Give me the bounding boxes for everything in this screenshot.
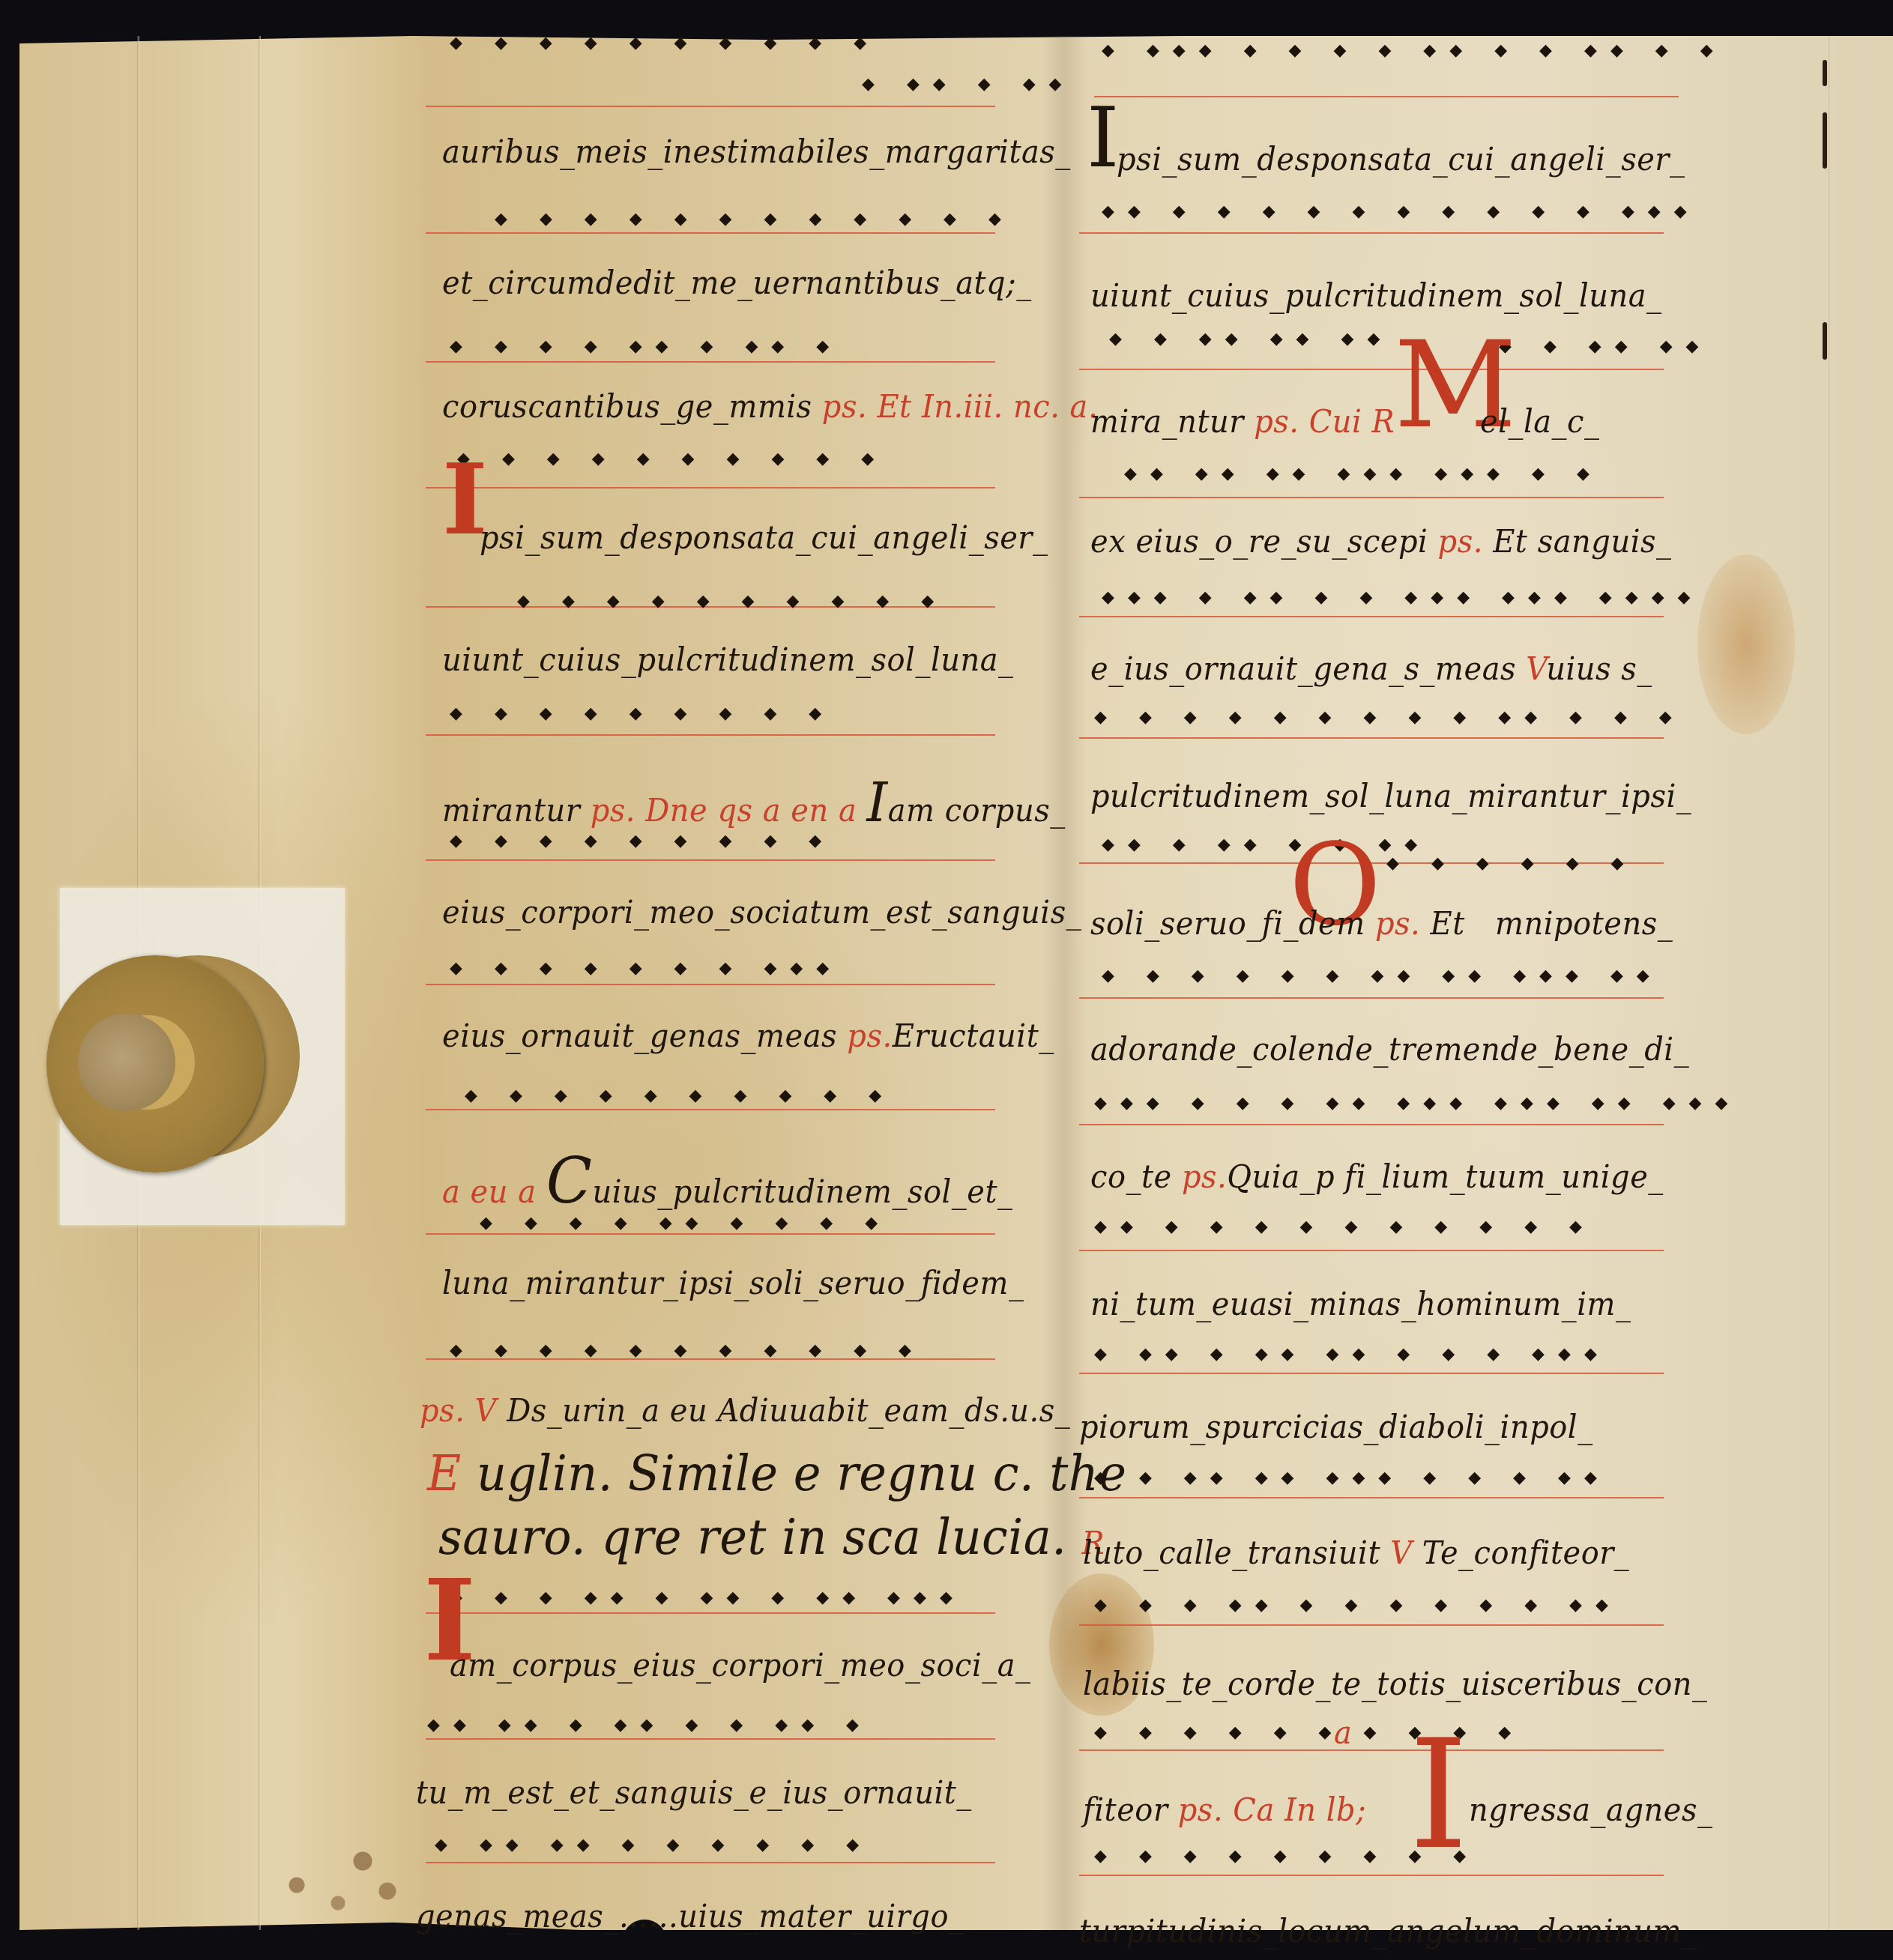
fold-line — [1829, 36, 1831, 1930]
chant-text-line: eius_corpori_meo_sociatum_est_sanguis_ — [442, 895, 1081, 931]
rubric-lucia-line: E uglin. Simile e regnu c. the — [427, 1445, 1126, 1502]
chant-text-line: psi_sum_desponsata_cui_angeli_ser_ — [1117, 142, 1685, 178]
chant-text-line: et_circumdedit_me_uernantibus_atq;_ — [442, 265, 1032, 301]
chant-text-line: mirantur ps. Dne qs a en a Iam corpus_ — [442, 770, 1066, 835]
chant-text-line: fiteor ps. Ca In lb; — [1083, 1792, 1366, 1828]
chant-text-line: ex eius_o_re_su_scepi ps. Et sanguis_ — [1090, 524, 1671, 560]
chant-text-line: ps. V Ds_urin_a eu Adiuuabit_eam_ds.u.s_ — [420, 1393, 1070, 1429]
rubric-lucia-line: sauro. qre ret in sca lucia. R — [438, 1508, 1105, 1566]
chant-text-line: psi_sum_desponsata_cui_angeli_ser_ — [480, 520, 1048, 556]
chant-text-line: mira_ntur ps. Cui R — [1090, 404, 1395, 440]
chant-text-line: el_la_c_ — [1480, 404, 1600, 440]
chant-text-line: labiis_te_corde_te_totis_uisceribus_con_ — [1083, 1666, 1708, 1702]
chant-text-line: genas_meas_......uius_mater_uirgo_ — [416, 1899, 964, 1935]
chant-text-line: uiunt_cuius_pulcritudinem_sol_luna_ — [1090, 278, 1662, 314]
chant-text-line: piorum_spurcicias_diaboli_inpol_ — [1079, 1409, 1593, 1445]
chant-text-line: e_ius_ornauit_gena_s_meas Vuius s_ — [1090, 651, 1652, 687]
chant-text-line: soli_seruo_fi_dem ps. Et — [1090, 906, 1465, 942]
chant-text-line: ni_tum_euasi_minas_hominum_im_ — [1090, 1286, 1631, 1322]
rubric-mark: a — [1334, 1715, 1352, 1751]
chant-text-line: pulcritudinem_sol_luna_mirantur_ipsi_ — [1090, 778, 1691, 814]
chant-text-line: coruscantibus_ge_mmis ps. Et In.iii. nc.… — [442, 389, 1098, 425]
chant-text-line: luto_calle_transiuit V Te_confiteor_ — [1083, 1535, 1629, 1571]
chant-text-line: adorande_colende_tremende_bene_di_ — [1090, 1032, 1689, 1068]
binding-slit — [1823, 60, 1827, 86]
chant-text-line: eius_ornauit_genas_meas ps.Eructauit_ — [442, 1018, 1054, 1054]
chant-text-line: uiunt_cuius_pulcritudinem_sol_luna_ — [442, 642, 1014, 678]
ink-spots — [247, 1813, 412, 1933]
brass-weight-knob — [78, 1014, 175, 1111]
chant-text-line: co_te ps.Quia_p fi_lium_tuum_unige_ — [1090, 1159, 1664, 1195]
chant-text-line: am_corpus_eius_corpori_meo_soci_a_ — [450, 1648, 1031, 1684]
chant-text-line: luna_mirantur_ipsi_soli_seruo_fidem_ — [442, 1265, 1024, 1301]
chant-text-line: turpitudinis_locum_angelum_dominum_ — [1079, 1914, 1697, 1950]
chant-text-line: auribus_meis_inestimabiles_margaritas_ — [442, 134, 1071, 170]
initial-I: I — [1409, 1708, 1468, 1883]
water-stain — [1697, 554, 1795, 734]
chant-text-line: ngressa_agnes_ — [1469, 1792, 1712, 1828]
initial-I: I — [1087, 90, 1119, 186]
chant-text-line: tu_m_est_et_sanguis_e_ius_ornauit_ — [416, 1775, 972, 1811]
binding-slit — [1823, 112, 1827, 169]
chant-text-line: a eu a Cuius_pulcritudinem_sol_et_ — [442, 1145, 1013, 1218]
binding-slit — [1823, 322, 1827, 360]
chant-text-line: mnipotens_ — [1495, 906, 1673, 942]
